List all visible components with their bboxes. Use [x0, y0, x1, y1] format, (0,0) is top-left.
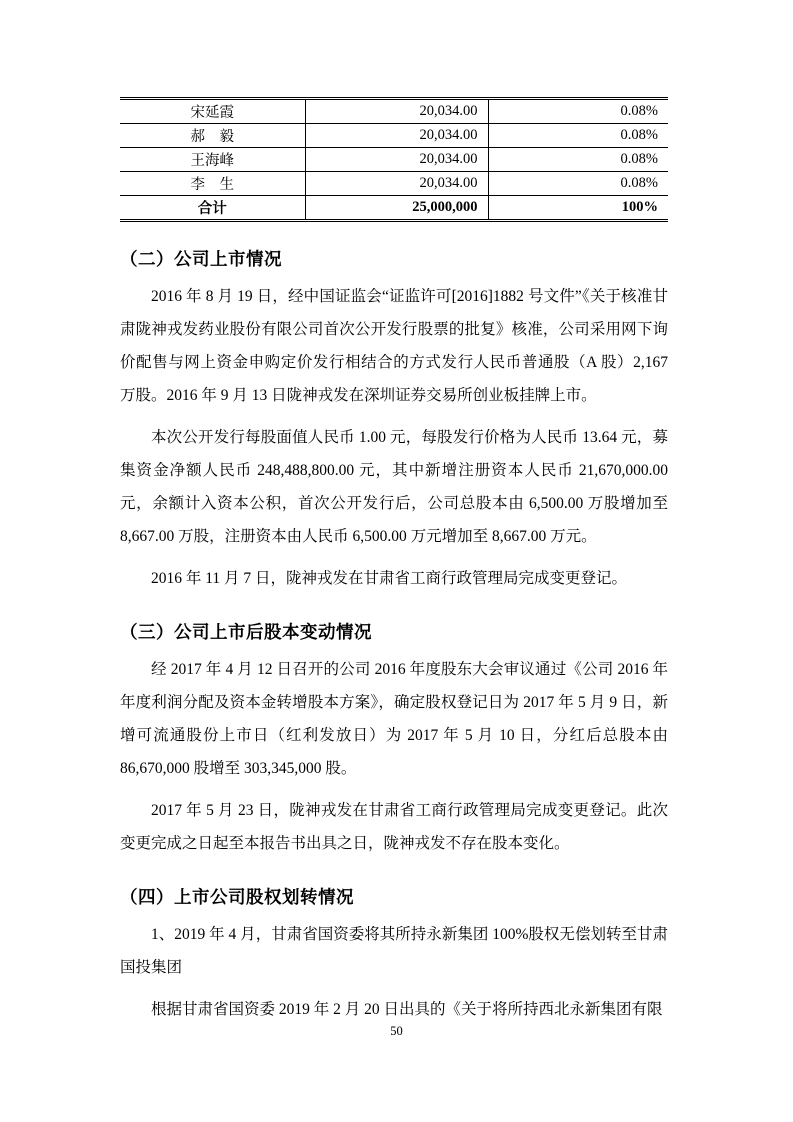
- cell-share-amount: 20,034.00: [305, 172, 488, 196]
- page-number: 50: [0, 1024, 793, 1039]
- table-row: 李 生 20,034.00 0.08%: [120, 172, 668, 196]
- cell-share-amount: 20,034.00: [305, 124, 488, 148]
- cell-share-percent: 0.08%: [488, 99, 668, 124]
- document-page: 宋延霞 20,034.00 0.08% 郝 毅 20,034.00 0.08% …: [0, 0, 793, 1122]
- cell-shareholder-name: 王海峰: [120, 148, 305, 172]
- paragraph: 经 2017 年 4 月 12 日召开的公司 2016 年度股东大会审议通过《公…: [120, 653, 668, 785]
- cell-total-label: 合计: [120, 196, 305, 221]
- paragraph: 2016 年 11 月 7 日，陇神戎发在甘肃省工商行政管理局完成变更登记。: [120, 562, 668, 595]
- paragraph: 2017 年 5 月 23 日，陇神戎发在甘肃省工商行政管理局完成变更登记。此次…: [120, 794, 668, 860]
- table-row-total: 合计 25,000,000 100%: [120, 196, 668, 221]
- section-listing-status: （二）公司上市情况 2016 年 8 月 19 日，经中国证监会“证监许可[20…: [120, 246, 668, 595]
- section-capital-change: （三）公司上市后股本变动情况 经 2017 年 4 月 12 日召开的公司 20…: [120, 619, 668, 860]
- paragraph: 本次公开发行每股面值人民币 1.00 元，每股发行价格为人民币 13.64 元，…: [120, 421, 668, 553]
- cell-share-percent: 0.08%: [488, 124, 668, 148]
- paragraph: 根据甘肃省国资委 2019 年 2 月 20 日出具的《关于将所持西北永新集团有…: [120, 993, 668, 1026]
- section-heading: （三）公司上市后股本变动情况: [120, 619, 668, 644]
- paragraph: 2016 年 8 月 19 日，经中国证监会“证监许可[2016]1882 号文…: [120, 280, 668, 412]
- cell-share-amount: 20,034.00: [305, 99, 488, 124]
- cell-shareholder-name: 郝 毅: [120, 124, 305, 148]
- section-heading: （四）上市公司股权划转情况: [120, 884, 668, 909]
- cell-share-percent: 0.08%: [488, 172, 668, 196]
- table-row: 宋延霞 20,034.00 0.08%: [120, 99, 668, 124]
- cell-share-percent: 0.08%: [488, 148, 668, 172]
- page-content: 宋延霞 20,034.00 0.08% 郝 毅 20,034.00 0.08% …: [120, 97, 668, 1026]
- cell-shareholder-name: 李 生: [120, 172, 305, 196]
- section-equity-transfer: （四）上市公司股权划转情况 1、2019 年 4 月，甘肃省国资委将其所持永新集…: [120, 884, 668, 1026]
- cell-total-percent: 100%: [488, 196, 668, 221]
- cell-shareholder-name: 宋延霞: [120, 99, 305, 124]
- table-row: 王海峰 20,034.00 0.08%: [120, 148, 668, 172]
- cell-share-amount: 20,034.00: [305, 148, 488, 172]
- table-row: 郝 毅 20,034.00 0.08%: [120, 124, 668, 148]
- shareholder-table: 宋延霞 20,034.00 0.08% 郝 毅 20,034.00 0.08% …: [120, 97, 668, 222]
- cell-total-amount: 25,000,000: [305, 196, 488, 221]
- paragraph: 1、2019 年 4 月，甘肃省国资委将其所持永新集团 100%股权无偿划转至甘…: [120, 918, 668, 984]
- section-heading: （二）公司上市情况: [120, 246, 668, 271]
